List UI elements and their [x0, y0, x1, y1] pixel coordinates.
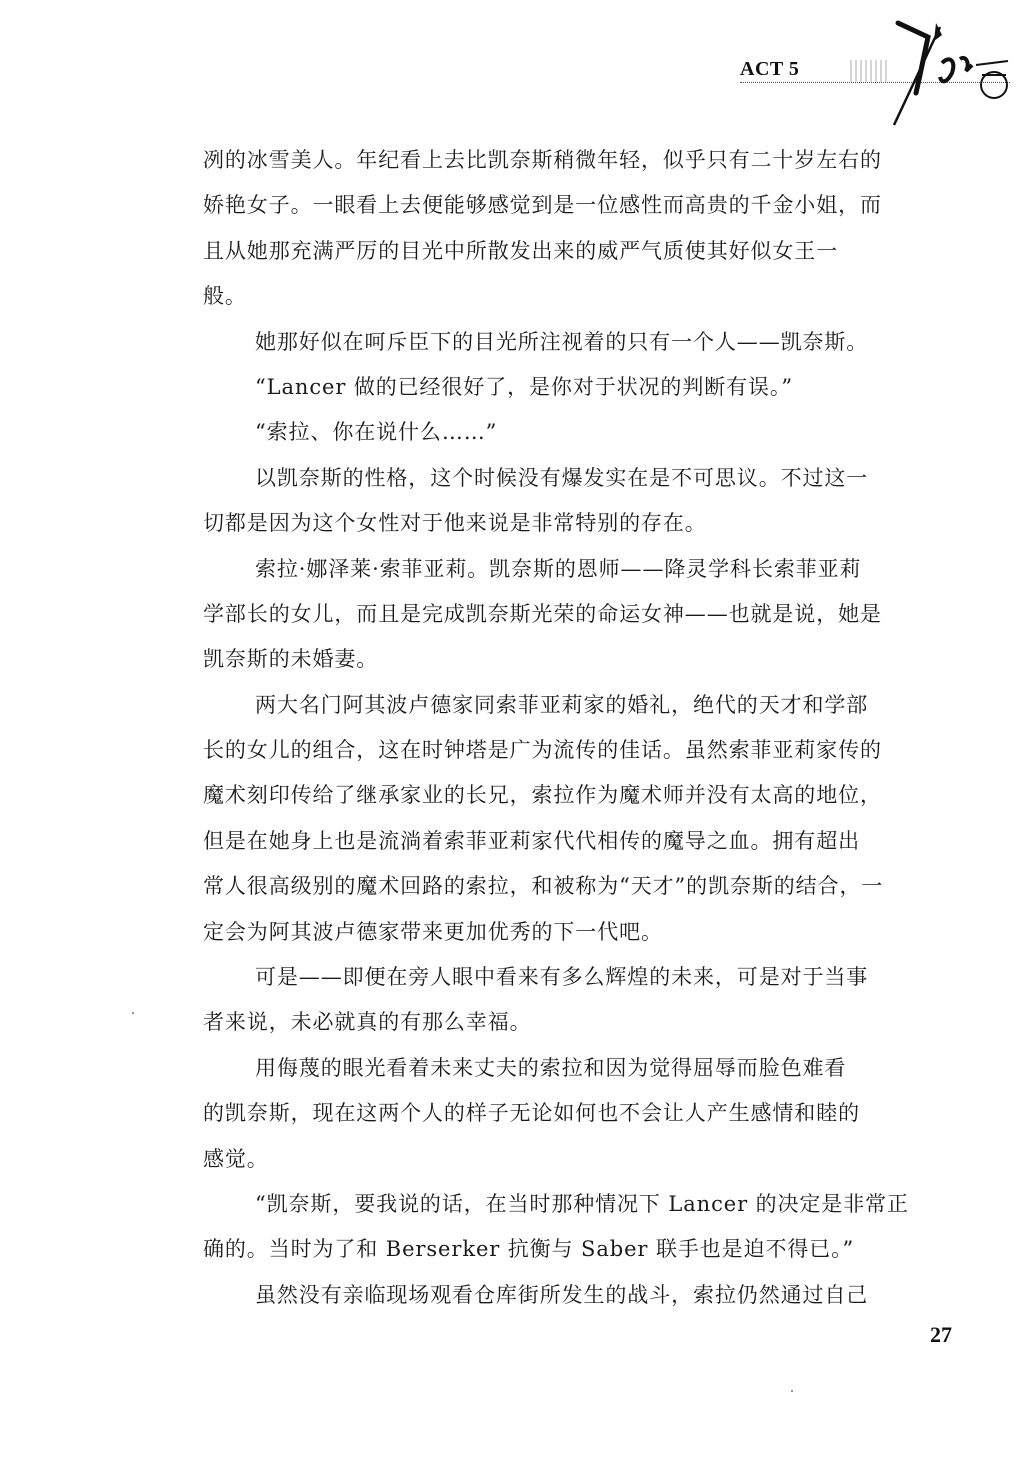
chapter-label: ACT 5: [740, 58, 799, 81]
text-line: “Lancer 做的已经很好了，是你对于状况的判断有误。”: [203, 365, 918, 410]
text-line: 可是——即便在旁人眼中看来有多么辉煌的未来，可是对于当事: [203, 955, 918, 1000]
text-line: 索拉·娜泽莱·索菲亚莉。凯奈斯的恩师——降灵学科长索菲亚莉: [203, 547, 918, 592]
text-line: 凯奈斯的未婚妻。: [203, 637, 918, 682]
running-header: ACT 5: [740, 20, 1010, 130]
text-line: 且从她那充满严厉的目光中所散发出来的威严气质使其好似女王一: [203, 229, 918, 274]
text-line: 确的。当时为了和 Berserker 抗衡与 Saber 联手也是迫不得已。”: [203, 1227, 918, 1272]
page-number: 27: [930, 1322, 952, 1348]
text-line: 虽然没有亲临现场观看仓库街所发生的战斗，索拉仍然通过自己: [203, 1273, 918, 1318]
text-line: 常人很高级别的魔术回路的索拉，和被称为“天才”的凯奈斯的结合，一: [203, 864, 918, 909]
fate-zero-logo-icon: [890, 15, 1010, 130]
text-line: “凯奈斯，要我说的话，在当时那种情况下 Lancer 的决定是非常正: [203, 1182, 918, 1227]
text-line: 用侮蔑的眼光看着未来丈夫的索拉和因为觉得屈辱而脸色难看: [203, 1046, 918, 1091]
text-line: 感觉。: [203, 1137, 918, 1182]
text-line: 魔术刻印传给了继承家业的长兄，索拉作为魔术师并没有太高的地位，: [203, 773, 918, 818]
text-line: 般。: [203, 274, 918, 319]
header-smudge: [850, 60, 890, 82]
text-line: 切都是因为这个女性对于他来说是非常特别的存在。: [203, 501, 918, 546]
text-line: 冽的冰雪美人。年纪看上去比凯奈斯稍微年轻，似乎只有二十岁左右的: [203, 138, 918, 183]
text-line: 两大名门阿其波卢德家同索菲亚莉家的婚礼，绝代的天才和学部: [203, 683, 918, 728]
text-line: 定会为阿其波卢德家带来更加优秀的下一代吧。: [203, 910, 918, 955]
page-body-text: 冽的冰雪美人。年纪看上去比凯奈斯稍微年轻，似乎只有二十岁左右的娇艳女子。一眼看上…: [203, 138, 918, 1318]
scan-speck: [132, 1012, 134, 1014]
scan-speck: [791, 1390, 793, 1392]
text-line: 学部长的女儿，而且是完成凯奈斯光荣的命运女神——也就是说，她是: [203, 592, 918, 637]
text-line: 的凯奈斯，现在这两个人的样子无论如何也不会让人产生感情和睦的: [203, 1091, 918, 1136]
text-line: 者来说，未必就真的有那么幸福。: [203, 1000, 918, 1045]
text-line: 她那好似在呵斥臣下的目光所注视着的只有一个人——凯奈斯。: [203, 320, 918, 365]
text-line: “索拉、你在说什么……”: [203, 410, 918, 455]
text-line: 长的女儿的组合，这在时钟塔是广为流传的佳话。虽然索菲亚莉家传的: [203, 728, 918, 773]
text-line: 但是在她身上也是流淌着索菲亚莉家代代相传的魔导之血。拥有超出: [203, 819, 918, 864]
text-line: 以凯奈斯的性格，这个时候没有爆发实在是不可思议。不过这一: [203, 456, 918, 501]
text-line: 娇艳女子。一眼看上去便能够感觉到是一位感性而高贵的千金小姐，而: [203, 183, 918, 228]
